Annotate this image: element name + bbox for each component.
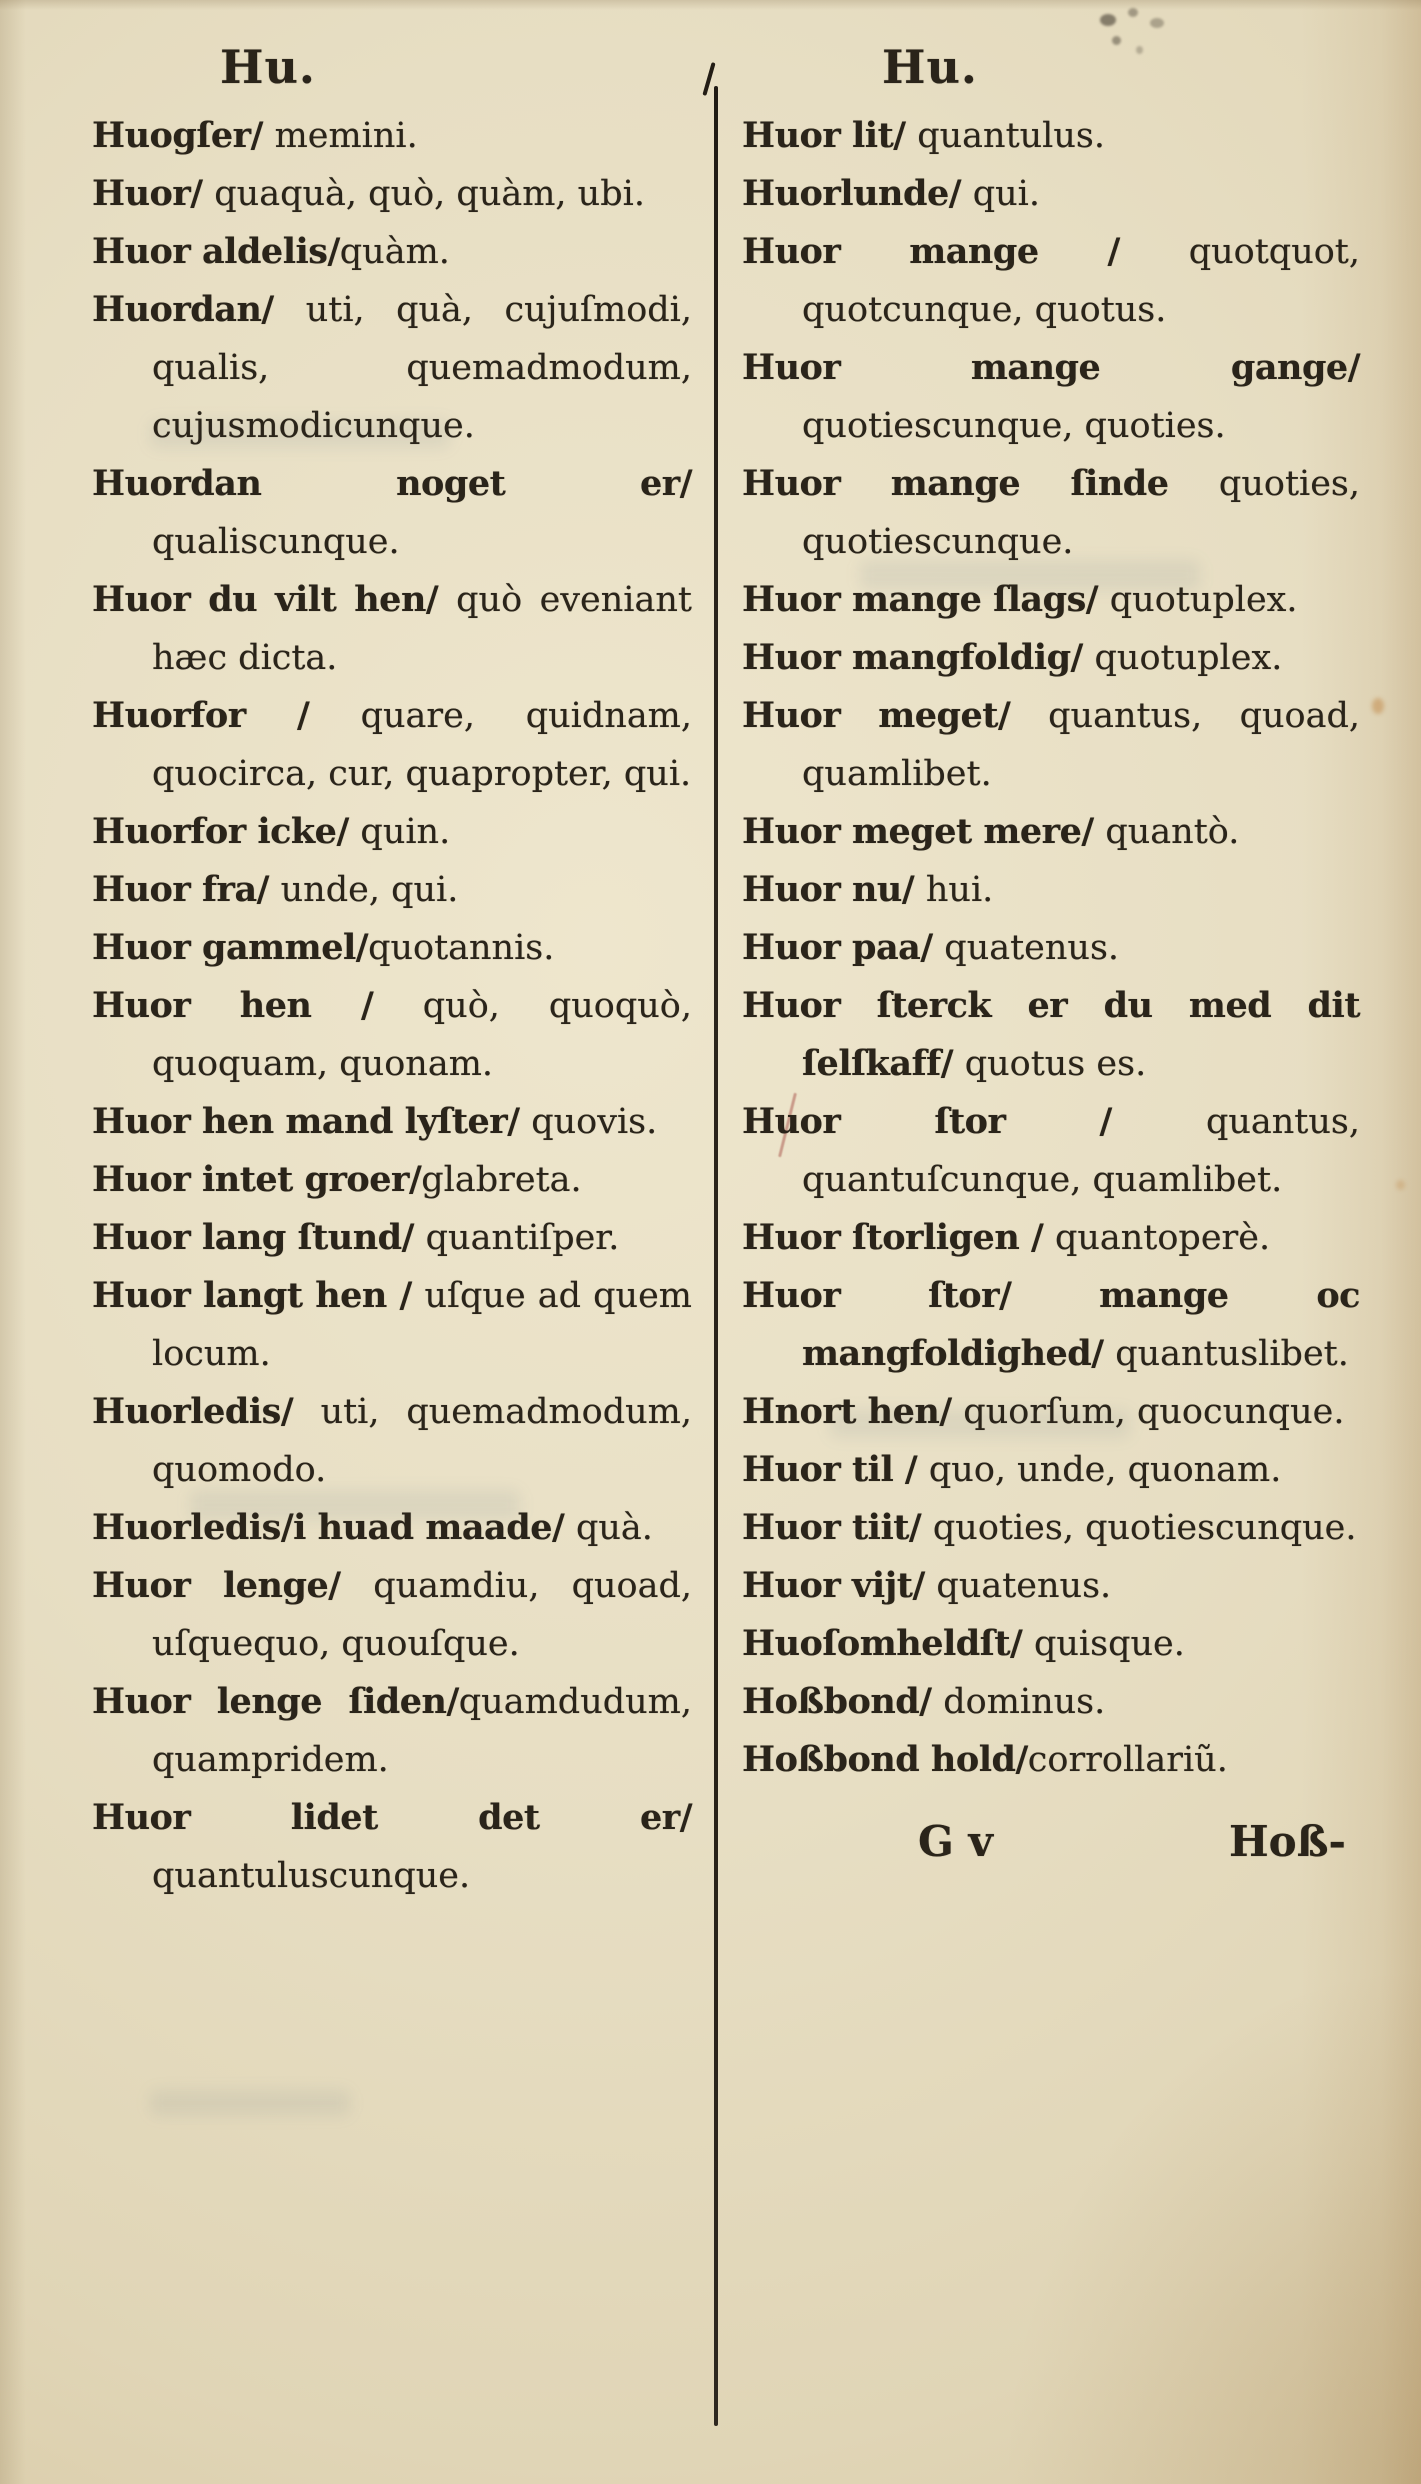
- dictionary-entry: Huor ſtorligen / quantoperè.: [742, 1209, 1360, 1267]
- dictionary-entry: Huorledis/i huad maade/ quà.: [92, 1499, 692, 1557]
- latin-gloss: quaquà, quò, quàm, ubi.: [214, 174, 645, 214]
- latin-gloss: quantulus.: [917, 116, 1105, 156]
- headword: Hoßbond hold/: [742, 1739, 1028, 1780]
- headword: Huor paa/: [742, 927, 944, 968]
- headword: Huor ſtorligen /: [742, 1217, 1055, 1258]
- headword: Huor mange ſlags/: [742, 579, 1110, 620]
- latin-gloss: quatenus.: [944, 928, 1119, 968]
- headword: Huor lang ſtund/: [92, 1217, 426, 1258]
- dictionary-entry: Huordan/ uti, quà, cujuſmodi, qualis, qu…: [92, 281, 692, 455]
- left-entry-list: Huogſer/ memini.Huor/ quaquà, quò, quàm,…: [92, 107, 692, 1905]
- scanned-page: Hu. Huogſer/ memini.Huor/ quaquà, quò, q…: [0, 0, 1421, 2484]
- latin-gloss: qui.: [973, 174, 1040, 214]
- latin-gloss: quotiescunque, quoties.: [802, 406, 1226, 446]
- column-header-left: Hu.: [220, 40, 692, 94]
- dictionary-entry: Huordan noget er/ qualiscunque.: [92, 455, 692, 571]
- ink-smudge: [1150, 18, 1164, 28]
- headword: Huordan noget er/: [92, 463, 692, 504]
- headword: Huor mange /: [742, 231, 1189, 272]
- latin-gloss: quantuslibet.: [1115, 1334, 1349, 1374]
- dictionary-entry: Huoſomheldſt/ quisque.: [742, 1615, 1360, 1673]
- headword: Huor lit/: [742, 115, 917, 156]
- headword: Huorfor /: [92, 695, 361, 736]
- headword: Huor/: [92, 173, 214, 214]
- dictionary-entry: Huor ſterck er du med dit ſelſkaff/ quot…: [742, 977, 1360, 1093]
- latin-gloss: quotannis.: [368, 928, 554, 968]
- dictionary-entry: Huor vijt/ quatenus.: [742, 1557, 1360, 1615]
- latin-gloss: quoties, quotiescunque.: [933, 1508, 1357, 1548]
- headword: Huor hen mand lyſter/: [92, 1101, 531, 1142]
- dictionary-entry: Huor til / quo, unde, quonam.: [742, 1441, 1360, 1499]
- dictionary-entry: Huor mange ſlags/ quotuplex.: [742, 571, 1360, 629]
- latin-gloss: unde, qui.: [281, 870, 459, 910]
- dictionary-entry: Huor ſtor / quantus, quantuſcunque, quam…: [742, 1093, 1360, 1209]
- dictionary-entry: Huor hen / quò, quoquò, quoquam, quonam.: [92, 977, 692, 1093]
- dictionary-entry: Hoßbond hold/corrollariũ.: [742, 1731, 1360, 1789]
- latin-gloss: quantuluscunque.: [152, 1856, 470, 1896]
- page-corner-shading: [1001, 1964, 1421, 2484]
- dictionary-entry: Huor lenge ſiden/quamdudum, quampridem.: [92, 1673, 692, 1789]
- latin-gloss: corrollariũ.: [1028, 1740, 1228, 1780]
- headword: Huor langt hen /: [92, 1275, 425, 1316]
- headword: Huogſer/: [92, 115, 275, 156]
- headword: Huor du vilt hen/: [92, 579, 456, 620]
- dictionary-entry: Huor mange / quotquot, quotcunque, quotu…: [742, 223, 1360, 339]
- dictionary-entry: Huorledis/ uti, quemadmodum, quomodo.: [92, 1383, 692, 1499]
- dictionary-entry: Huor hen mand lyſter/ quovis.: [92, 1093, 692, 1151]
- dictionary-entry: Huogſer/ memini.: [92, 107, 692, 165]
- headword: Huor vijt/: [742, 1565, 936, 1606]
- latin-gloss: quo, unde, quonam.: [929, 1450, 1281, 1490]
- latin-gloss: glabreta.: [421, 1160, 581, 1200]
- dictionary-entry: Huor mange gange/ quotiescunque, quoties…: [742, 339, 1360, 455]
- headword: Huorlunde/: [742, 173, 973, 214]
- latin-gloss: quantiſper.: [426, 1218, 620, 1258]
- headword: Huorledis/i huad maade/: [92, 1507, 576, 1548]
- bleedthrough-mark: [150, 2090, 350, 2116]
- latin-gloss: quovis.: [531, 1102, 657, 1142]
- headword: Huor til /: [742, 1449, 929, 1490]
- dictionary-entry: Huor fra/ unde, qui.: [92, 861, 692, 919]
- latin-gloss: quin.: [360, 812, 450, 852]
- latin-gloss: quotus es.: [965, 1044, 1147, 1084]
- right-column: Hu. Huor lit/ quantulus.Huorlunde/ qui.H…: [742, 40, 1360, 1866]
- latin-gloss: quantò.: [1105, 812, 1239, 852]
- headword: Huorfor icke/: [92, 811, 360, 852]
- headword: Huor lenge ſiden/: [92, 1681, 459, 1722]
- dictionary-entry: Huor meget/ quantus, quoad, quamlibet.: [742, 687, 1360, 803]
- latin-gloss: dominus.: [943, 1682, 1105, 1722]
- footer-line: G v Hoß-: [742, 1817, 1360, 1866]
- headword: Huor lidet det er/: [92, 1797, 692, 1838]
- column-divider-rule: [714, 86, 718, 2426]
- dictionary-entry: Huor lit/ quantulus.: [742, 107, 1360, 165]
- dictionary-entry: Huor langt hen / uſque ad quem locum.: [92, 1267, 692, 1383]
- right-entry-list: Huor lit/ quantulus.Huorlunde/ qui.Huor …: [742, 107, 1360, 1789]
- dictionary-entry: Huor aldelis/quàm.: [92, 223, 692, 281]
- dictionary-entry: Huor du vilt hen/ quò eveniant hæc dicta…: [92, 571, 692, 687]
- dictionary-entry: Huor ſtor/ mange oc mangfoldighed/ quant…: [742, 1267, 1360, 1383]
- dictionary-entry: Huor tiit/ quoties, quotiescunque.: [742, 1499, 1360, 1557]
- latin-gloss: quisque.: [1034, 1624, 1185, 1664]
- headword: Huoſomheldſt/: [742, 1623, 1034, 1664]
- headword: Huorledis/: [92, 1391, 321, 1432]
- signature-mark: G v: [918, 1817, 993, 1866]
- catchword: Hoß-: [1229, 1817, 1346, 1866]
- dictionary-entry: Huor lenge/ quamdiu, quoad, uſquequo, qu…: [92, 1557, 692, 1673]
- ink-smudge: [1100, 14, 1116, 26]
- headword: Huor ſtor /: [742, 1101, 1206, 1142]
- latin-gloss: quotuplex.: [1095, 638, 1283, 678]
- dictionary-entry: Huor gammel/quotannis.: [92, 919, 692, 977]
- headword: Huor mange ſinde: [742, 463, 1219, 504]
- left-column: Hu. Huogſer/ memini.Huor/ quaquà, quò, q…: [92, 40, 692, 1905]
- stain: [1372, 698, 1384, 714]
- latin-gloss: quantoperè.: [1055, 1218, 1270, 1258]
- headword: Hnort hen/: [742, 1391, 963, 1432]
- dictionary-entry: Huor mangfoldig/ quotuplex.: [742, 629, 1360, 687]
- latin-gloss: hui.: [926, 870, 993, 910]
- dictionary-entry: Huorfor / quare, quidnam, quocirca, cur,…: [92, 687, 692, 803]
- column-header-right: Hu.: [882, 40, 1360, 94]
- headword: Huor meget mere/: [742, 811, 1105, 852]
- latin-gloss: qualiscunque.: [152, 522, 400, 562]
- dictionary-entry: Hoßbond/ dominus.: [742, 1673, 1360, 1731]
- dictionary-entry: Huor intet groer/glabreta.: [92, 1151, 692, 1209]
- headword: Huor nu/: [742, 869, 926, 910]
- headword: Huor fra/: [92, 869, 281, 910]
- dictionary-entry: Huor nu/ hui.: [742, 861, 1360, 919]
- dictionary-entry: Huor mange ſinde quoties, quotiescunque.: [742, 455, 1360, 571]
- dictionary-entry: Huorfor icke/ quin.: [92, 803, 692, 861]
- dictionary-entry: Huor paa/ quatenus.: [742, 919, 1360, 977]
- latin-gloss: quotuplex.: [1110, 580, 1298, 620]
- headword: Huor gammel/: [92, 927, 368, 968]
- latin-gloss: quàm.: [340, 232, 450, 272]
- stain: [1396, 1180, 1405, 1190]
- headword: Huor tiit/: [742, 1507, 933, 1548]
- headword: Huor aldelis/: [92, 231, 340, 272]
- headword: Huor intet groer/: [92, 1159, 421, 1200]
- headword: Huor mange gange/: [742, 347, 1360, 388]
- latin-gloss: quorſum, quocunque.: [963, 1392, 1344, 1432]
- dictionary-entry: Huor lang ſtund/ quantiſper.: [92, 1209, 692, 1267]
- headword: Huor ſtor/: [742, 1275, 1099, 1316]
- dictionary-entry: Huorlunde/ qui.: [742, 165, 1360, 223]
- dictionary-entry: Huor/ quaquà, quò, quàm, ubi.: [92, 165, 692, 223]
- dictionary-entry: Huor lidet det er/ quantuluscunque.: [92, 1789, 692, 1905]
- latin-gloss: quà.: [576, 1508, 653, 1548]
- ink-smudge: [1128, 8, 1138, 17]
- headword: Huor mangfoldig/: [742, 637, 1095, 678]
- headword: Huor lenge/: [92, 1565, 373, 1606]
- dictionary-entry: Huor meget mere/ quantò.: [742, 803, 1360, 861]
- headword: Huor hen /: [92, 985, 423, 1026]
- headword: Huor meget/: [742, 695, 1048, 736]
- dictionary-entry: Hnort hen/ quorſum, quocunque.: [742, 1383, 1360, 1441]
- latin-gloss: quatenus.: [936, 1566, 1111, 1606]
- latin-gloss: memini.: [275, 116, 418, 156]
- headword: Hoßbond/: [742, 1681, 943, 1722]
- headword: Huordan/: [92, 289, 306, 330]
